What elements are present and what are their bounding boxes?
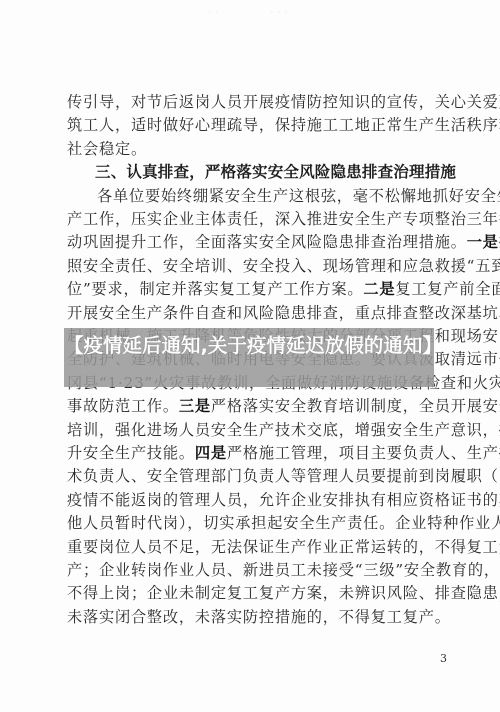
text-run: 严格施工管理，项目主要负责人、生产技 (227, 444, 500, 462)
section-heading: 三、认真排查，严格落实安全风险隐患排查治理措施 (95, 162, 435, 182)
text-run: 升安全生产技能。 (67, 444, 195, 462)
text-run: 严格落实安全教育培训制度，全员开展安全 (211, 397, 500, 415)
body-line: 事故防范工作。三是严格落实安全教育培训制度，全员开展安全 (67, 396, 437, 416)
body-line: 传引导，对节后返岗人员开展疫情防控知识的宣传，关心关爱建 (67, 92, 437, 112)
text-run: 动巩固提升工作，全面落实安全风险隐患排查治理措施。 (67, 233, 467, 251)
bold-marker: 二是 (363, 280, 395, 298)
body-line: 动巩固提升工作，全面落实安全风险隐患排查治理措施。一是按 (67, 232, 437, 252)
body-line: 未落实闭合整改，未落实防控措施的，不得复工复产。 (67, 607, 437, 627)
bold-marker: 一是 (467, 233, 499, 251)
body-line: 不得上岗；企业未制定复工复产方案，未辨识风险、排查隐患， (67, 583, 437, 603)
text-run: 事故防范工作。 (67, 397, 179, 415)
body-line: 他人员暂时代岗），切实承担起安全生产责任。企业特种作业人员、 (67, 513, 437, 533)
body-line: 开展安全生产条件自查和风险隐患排查，重点排查整改深基坑、 (67, 303, 437, 323)
page-number: 3 (440, 652, 447, 665)
body-line: 培训，强化进场人员安全生产技术交底，增强安全生产意识，提 (67, 420, 437, 440)
body-line: 位”要求，制定并落实复工复产工作方案。二是复工复产前全面 (67, 279, 437, 299)
body-line: 重要岗位人员不足，无法保证生产作业正常运转的，不得复工复 (67, 537, 437, 557)
bold-marker: 三是 (179, 397, 211, 415)
body-line: 升安全生产技能。四是严格施工管理，项目主要负责人、生产技 (67, 443, 437, 463)
body-line: 产；企业转岗作业人员、新进员工未接受“三级”安全教育的， (67, 560, 437, 580)
overlay-title: 【疫情延后通知,关于疫情延迟放假的通知】 (64, 328, 434, 357)
bold-marker: 四是 (195, 444, 227, 462)
faint-header-mark: · · (208, 6, 219, 19)
body-line: 产工作，压实企业主体责任，深入推进安全生产专项整治三年行 (67, 209, 437, 229)
text-run: 复工复产前全面 (395, 280, 500, 298)
body-line: 社会稳定。 (67, 139, 437, 159)
body-line: 术负责人、安全管理部门负责人等管理人员要提前到岗履职（因 (67, 466, 437, 486)
faint-header-mark: · · · (270, 6, 287, 19)
body-line: 照安全责任、安全培训、安全投入、现场管理和应急救援“五到 (67, 256, 437, 276)
body-line: 各单位要始终绷紧安全生产这根弦，毫不松懈地抓好安全生 (97, 186, 437, 206)
text-run: 位”要求，制定并落实复工复产工作方案。 (67, 280, 363, 298)
body-line: 筑工人，适时做好心理疏导，保持施工工地正常生产生活秩序和 (67, 115, 437, 135)
body-line: 疫情不能返岗的管理人员，允许企业安排执有相应资格证书的其 (67, 490, 437, 510)
